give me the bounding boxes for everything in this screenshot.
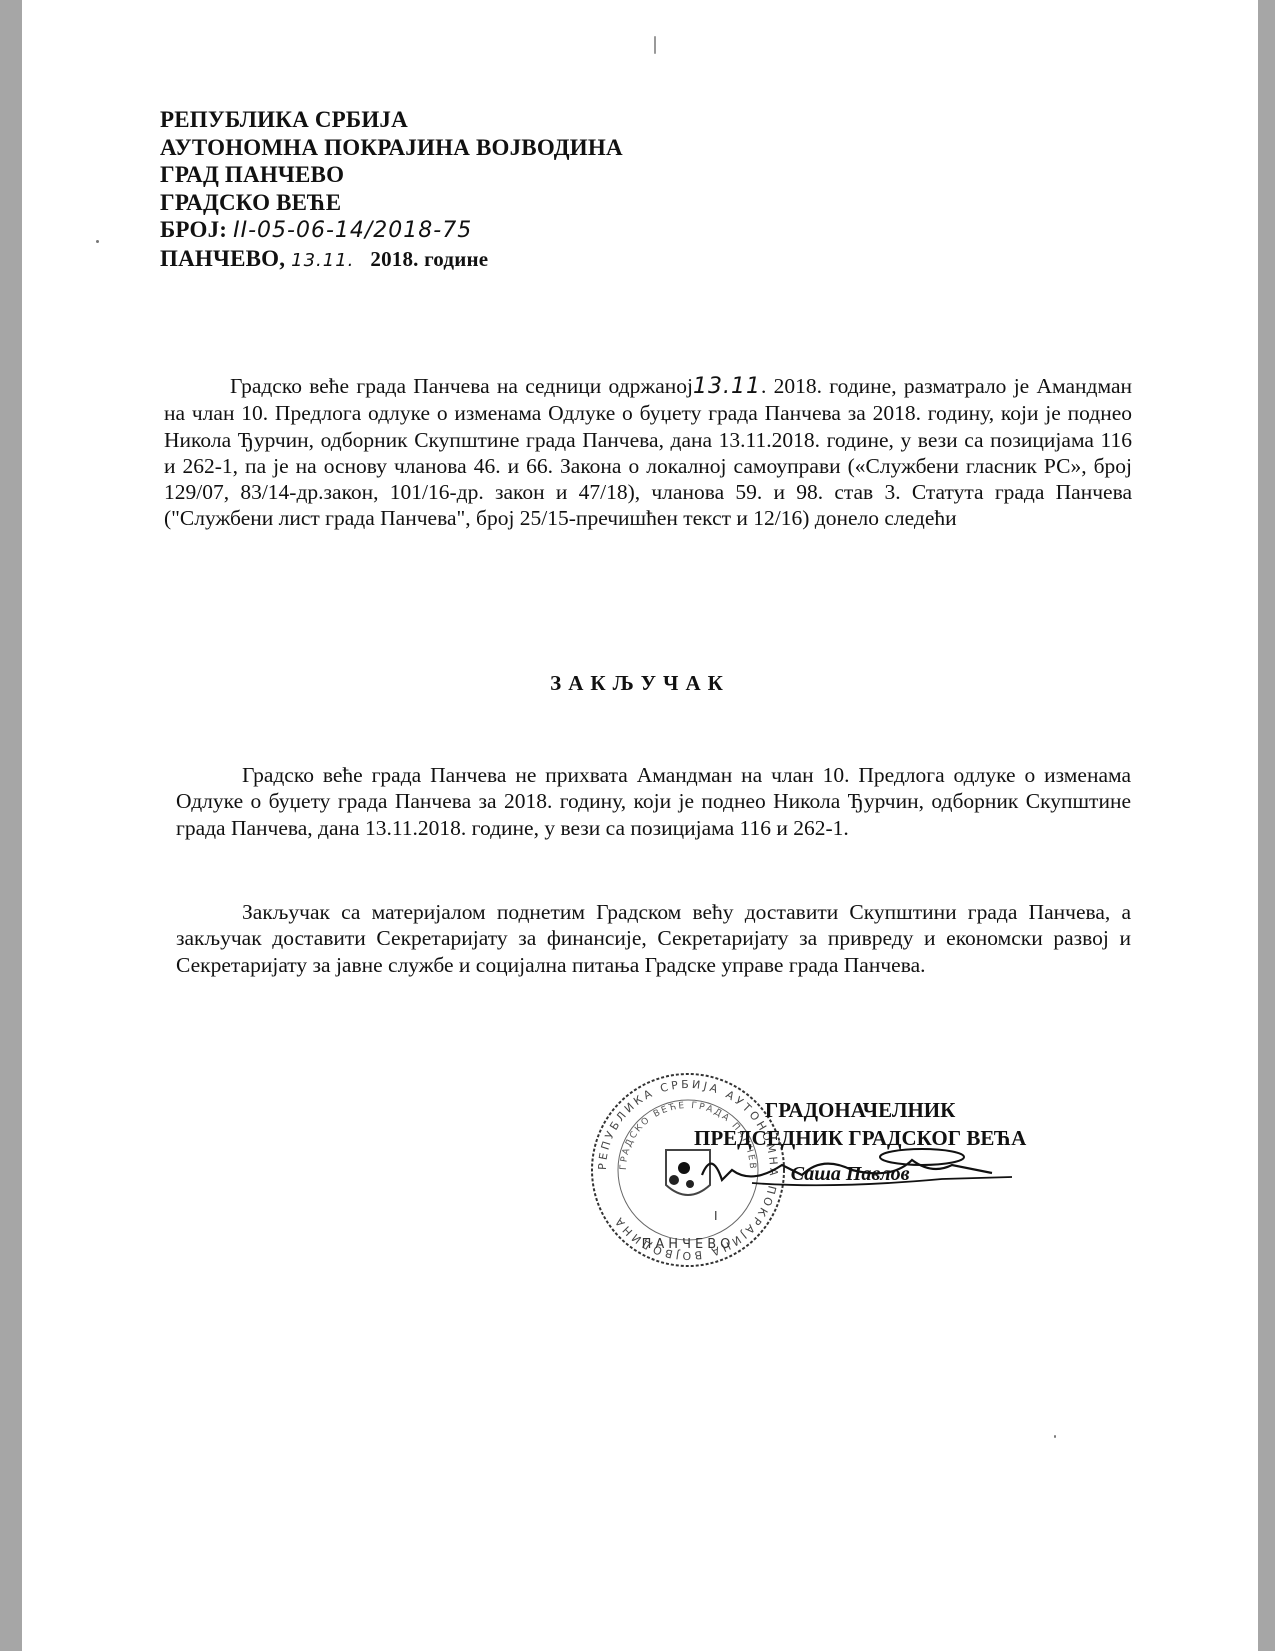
year-suffix: 2018. године	[370, 247, 488, 271]
scan-speck	[654, 36, 656, 54]
scan-speck	[96, 240, 99, 243]
handwritten-date: 13.11.	[291, 250, 354, 271]
intro-handwritten-date: 13.11	[693, 374, 761, 399]
handwritten-signature-icon	[692, 1145, 1022, 1195]
intro-text-part1: Градско веће града Панчева на седници од…	[230, 374, 693, 398]
header-line-council: ГРАДСКО ВЕЋЕ	[160, 189, 623, 217]
signatory-title-mayor: ГРАДОНАЧЕЛНИК	[694, 1096, 1026, 1124]
header-document-number: БРОЈ: II-05-06-14/2018-75	[160, 216, 623, 245]
header-place-date: ПАНЧЕВО, 13.11. 2018. године	[160, 245, 623, 275]
document-title: ЗАКЉУЧАК	[22, 671, 1258, 696]
number-label: БРОЈ:	[160, 217, 227, 242]
conclusion-text: Градско веће града Панчева не прихвата А…	[176, 763, 1131, 840]
delivery-paragraph: Закључак са материјалом поднетим Градско…	[176, 899, 1131, 978]
conclusion-paragraph: Градско веће града Панчева не прихвата А…	[176, 762, 1131, 841]
stamp-bottom-text: ПАНЧЕВО	[642, 1237, 735, 1252]
intro-paragraph: Градско веће града Панчева на седници од…	[164, 373, 1132, 532]
header-line-republic: РЕПУБЛИКА СРБИЈА	[160, 106, 623, 134]
document-header: РЕПУБЛИКА СРБИЈА АУТОНОМНА ПОКРАЈИНА ВОЈ…	[160, 106, 623, 274]
header-line-province: АУТОНОМНА ПОКРАЈИНА ВОЈВОДИНА	[160, 134, 623, 162]
place-label: ПАНЧЕВО,	[160, 246, 285, 271]
handwritten-number: II-05-06-14/2018-75	[233, 218, 472, 243]
scan-speck	[1054, 1435, 1056, 1438]
stamp-number: I	[714, 1209, 718, 1223]
header-line-city: ГРАД ПАНЧЕВО	[160, 161, 623, 189]
delivery-text: Закључак са материјалом поднетим Градско…	[176, 900, 1131, 977]
document-page: РЕПУБЛИКА СРБИЈА АУТОНОМНА ПОКРАЈИНА ВОЈ…	[22, 0, 1258, 1651]
